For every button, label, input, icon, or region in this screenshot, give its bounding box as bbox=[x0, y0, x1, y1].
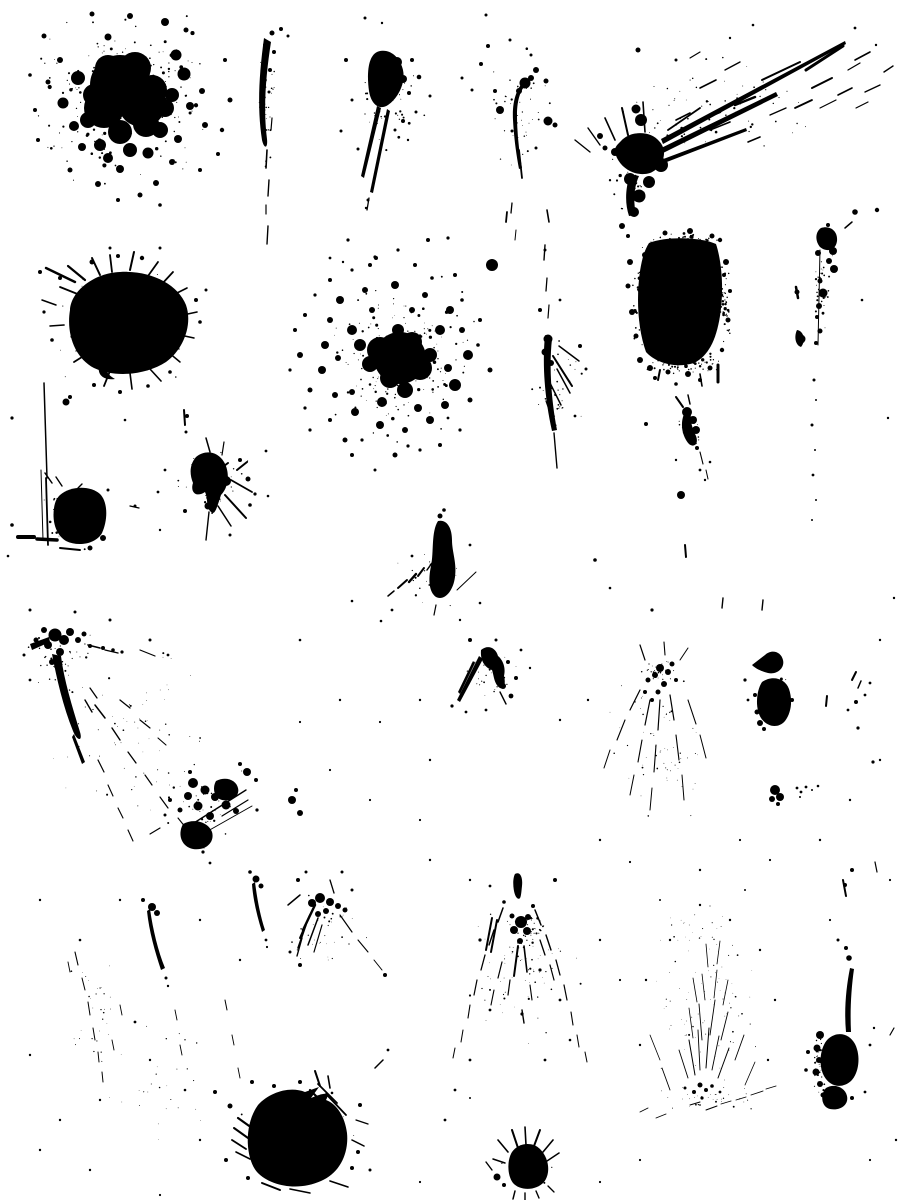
mid-splat-with-streaks bbox=[157, 410, 270, 540]
comet-splat-top bbox=[340, 51, 432, 210]
v-splat-bottom-left bbox=[288, 871, 387, 978]
checkmark-splat bbox=[450, 638, 531, 713]
streak-pair-and-faint-arc bbox=[29, 870, 268, 1171]
burst-splat-top-right bbox=[575, 24, 893, 238]
radial-dot-splatter bbox=[288, 238, 498, 472]
blob-with-streak-left bbox=[7, 383, 162, 557]
bird-blob-group bbox=[685, 545, 875, 806]
spray-cloud-top-left bbox=[28, 12, 232, 207]
teardrop-blob-center bbox=[351, 508, 482, 622]
hairy-blob-left bbox=[38, 247, 208, 395]
grass-spray-bottom-right bbox=[639, 869, 776, 1118]
v-spray-left bbox=[23, 609, 243, 849]
dark-cluster-bottom-right bbox=[804, 862, 894, 1109]
diagonal-blob-chain bbox=[150, 762, 303, 864]
hook-arc-splat bbox=[461, 39, 604, 241]
stray-specks bbox=[10, 14, 897, 1197]
fountain-spray-bottom-center bbox=[453, 873, 587, 1062]
ink-splatter-canvas bbox=[0, 0, 900, 1200]
small-splat-right-mid bbox=[644, 395, 711, 499]
spiky-blob-bottom-center bbox=[486, 1127, 559, 1200]
brush-splat-bottom-left bbox=[213, 1049, 471, 1193]
fan-spray-mid-right bbox=[604, 642, 706, 817]
grunge-rect-blob bbox=[626, 228, 733, 386]
splatter-sheet bbox=[0, 0, 900, 1200]
drip-chain-right bbox=[795, 209, 864, 521]
streak-splat-mid-right bbox=[531, 210, 587, 468]
streak-splat-top bbox=[259, 27, 290, 244]
